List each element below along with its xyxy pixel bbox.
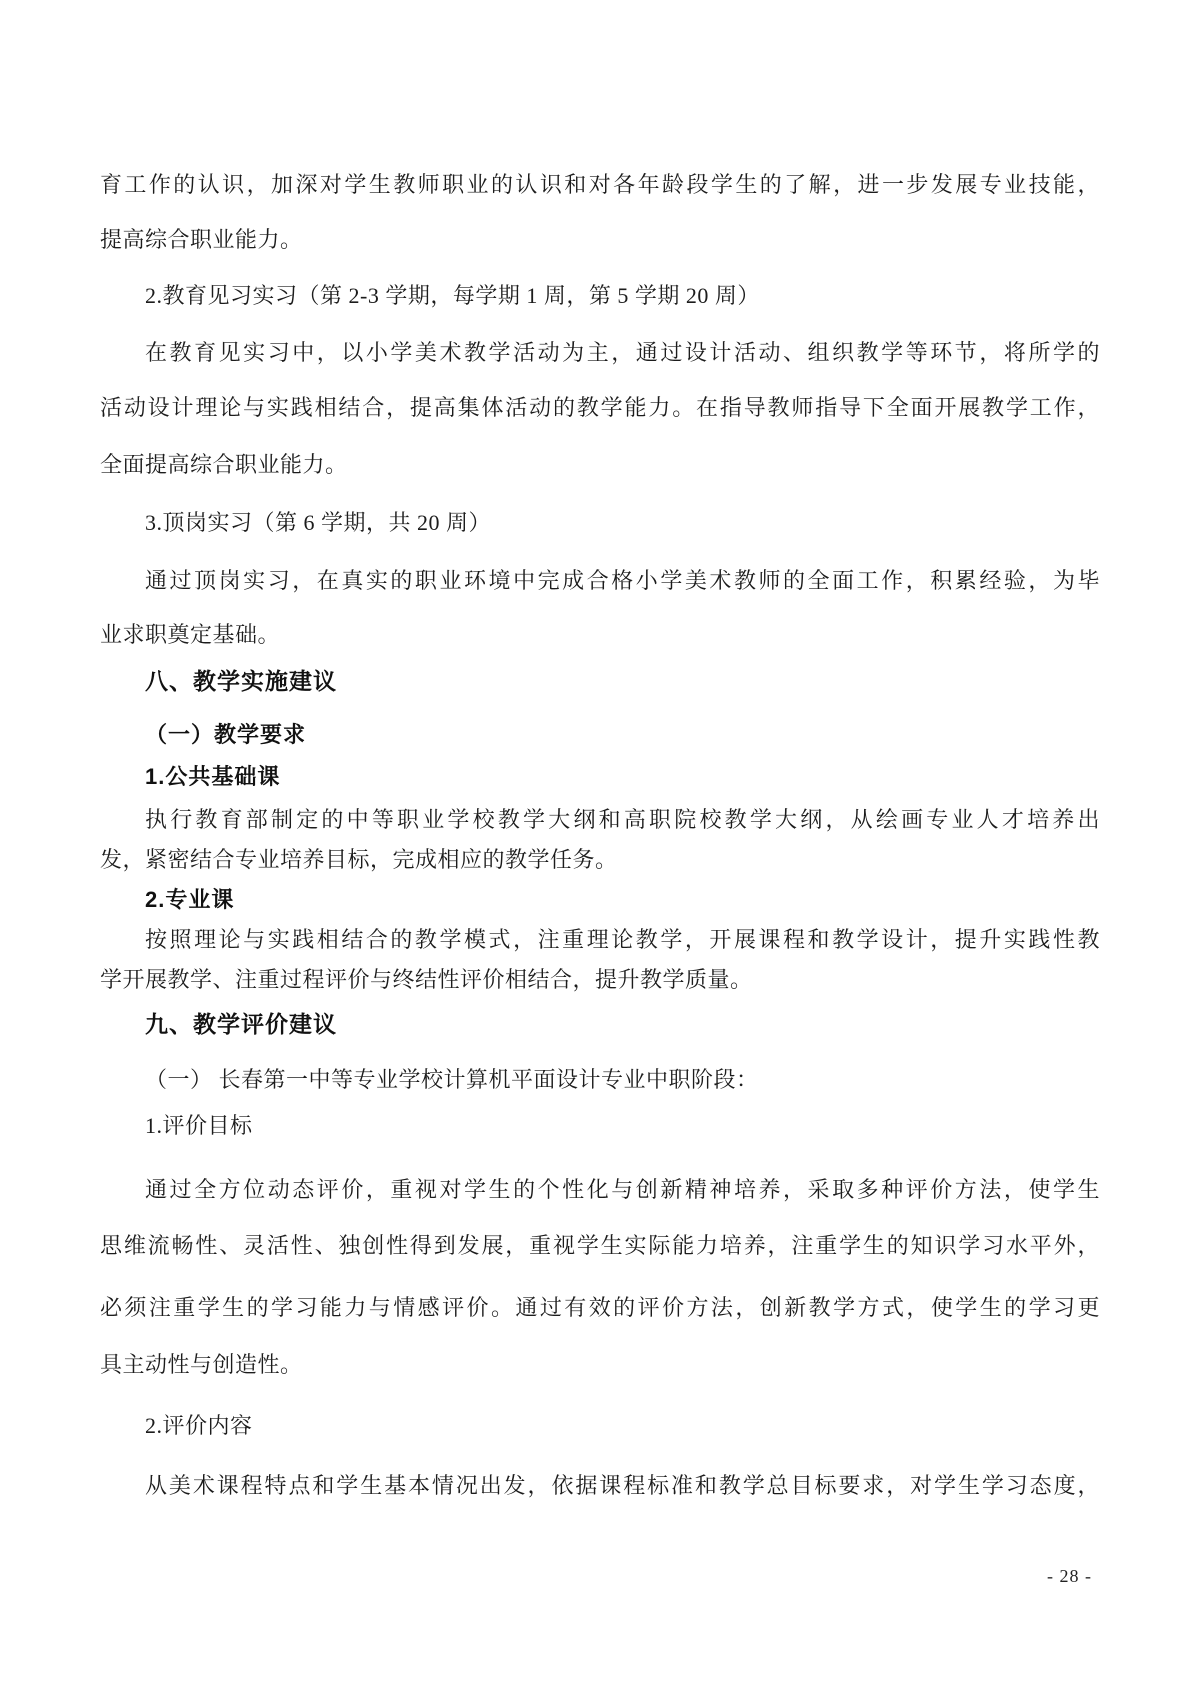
body-line: 育工作的认识，加深对学生教师职业的认识和对各年龄段学生的了解，进一步发展专业技能… xyxy=(100,171,1100,198)
body-line: 通过顶岗实习，在真实的职业环境中完成合格小学美术教师的全面工作，积累经验，为毕 xyxy=(100,567,1100,594)
body-line: 全面提高综合职业能力。 xyxy=(100,451,1100,478)
page-number: - 28 - xyxy=(960,1566,1092,1587)
list-item-education-practicum: 2.教育见习实习（第 2-3 学期，每学期 1 周，第 5 学期 20 周） xyxy=(100,282,1100,309)
subheading-professional-courses: 2.专业课 xyxy=(100,886,1100,913)
body-line: 学开展教学、注重过程评价与终结性评价相结合，提升教学质量。 xyxy=(100,966,1100,993)
body-line: 具主动性与创造性。 xyxy=(100,1351,1100,1378)
body-line: 思维流畅性、灵活性、独创性得到发展，重视学生实际能力培养，注重学生的知识学习水平… xyxy=(100,1232,1100,1259)
body-line: 执行教育部制定的中等职业学校教学大纲和高职院校教学大纲，从绘画专业人才培养出 xyxy=(100,806,1100,833)
body-line: 业求职奠定基础。 xyxy=(100,621,1100,648)
body-line: 发，紧密结合专业培养目标，完成相应的教学任务。 xyxy=(100,846,1100,873)
body-line: 必须注重学生的学习能力与情感评价。通过有效的评价方法，创新教学方式，使学生的学习… xyxy=(100,1294,1100,1321)
subheading-teaching-requirements: （一）教学要求 xyxy=(100,721,1100,748)
body-line: 通过全方位动态评价，重视对学生的个性化与创新精神培养，采取多种评价方法，使学生 xyxy=(100,1176,1100,1203)
body-line: 提高综合职业能力。 xyxy=(100,226,1100,253)
section-heading-teaching-evaluation: 九、教学评价建议 xyxy=(100,1011,1100,1038)
subheading-public-basic-courses: 1.公共基础课 xyxy=(100,763,1100,790)
list-item-evaluation-content: 2.评价内容 xyxy=(100,1412,1100,1439)
body-line: 活动设计理论与实践相结合，提高集体活动的教学能力。在指导教师指导下全面开展教学工… xyxy=(100,394,1100,421)
subheading-school-midlevel-stage: （一） 长春第一中等专业学校计算机平面设计专业中职阶段： xyxy=(100,1066,1100,1093)
body-line: 从美术课程特点和学生基本情况出发，依据课程标准和教学总目标要求，对学生学习态度， xyxy=(100,1472,1100,1499)
list-item-evaluation-goal: 1.评价目标 xyxy=(100,1112,1100,1139)
list-item-post-internship: 3.顶岗实习（第 6 学期，共 20 周） xyxy=(100,509,1100,536)
section-heading-teaching-implementation: 八、教学实施建议 xyxy=(100,668,1100,695)
document-page: 育工作的认识，加深对学生教师职业的认识和对各年龄段学生的了解，进一步发展专业技能… xyxy=(0,0,1199,1696)
body-line: 按照理论与实践相结合的教学模式，注重理论教学，开展课程和教学设计，提升实践性教 xyxy=(100,926,1100,953)
body-line: 在教育见实习中，以小学美术教学活动为主，通过设计活动、组织教学等环节，将所学的 xyxy=(100,339,1100,366)
